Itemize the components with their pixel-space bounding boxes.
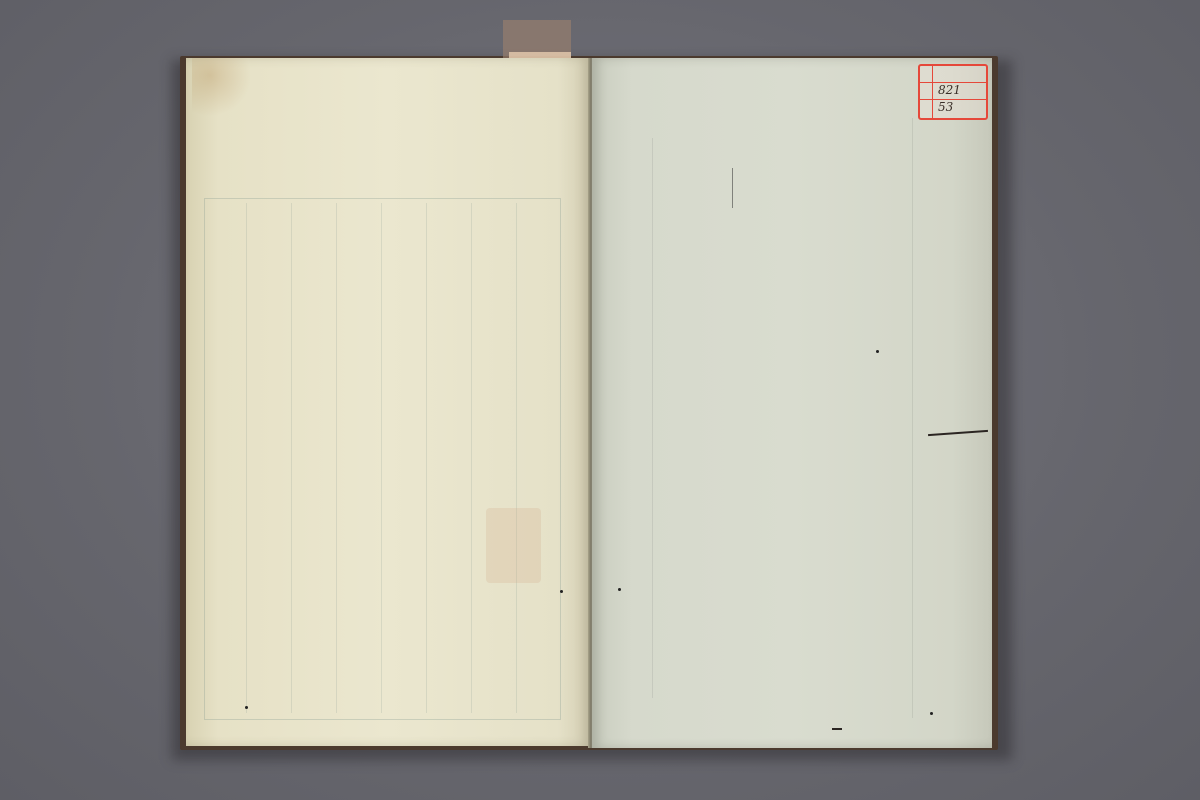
library-stamp: 821 53 <box>918 64 988 120</box>
show-through-line <box>426 203 427 713</box>
show-through-line <box>381 203 382 713</box>
left-page <box>186 58 590 746</box>
paper-mark <box>732 168 733 208</box>
show-through-line <box>291 203 292 713</box>
show-through-frame <box>204 198 561 720</box>
stamp-number-2: 53 <box>938 100 953 114</box>
show-through-seal <box>486 508 541 583</box>
show-through-line <box>471 203 472 713</box>
right-page <box>592 58 992 748</box>
stamp-number-1: 821 <box>938 83 961 97</box>
speck <box>876 350 879 353</box>
paper-fiber <box>652 138 653 698</box>
speck <box>618 588 621 591</box>
show-through-line <box>516 203 517 713</box>
speck <box>930 712 933 715</box>
stamp-divider <box>932 66 933 118</box>
speck <box>560 590 563 593</box>
paper-fiber <box>912 118 913 718</box>
show-through-line <box>336 203 337 713</box>
show-through-line <box>246 203 247 713</box>
paper-crack <box>832 728 842 730</box>
page-stain <box>192 58 252 116</box>
speck <box>245 706 248 709</box>
